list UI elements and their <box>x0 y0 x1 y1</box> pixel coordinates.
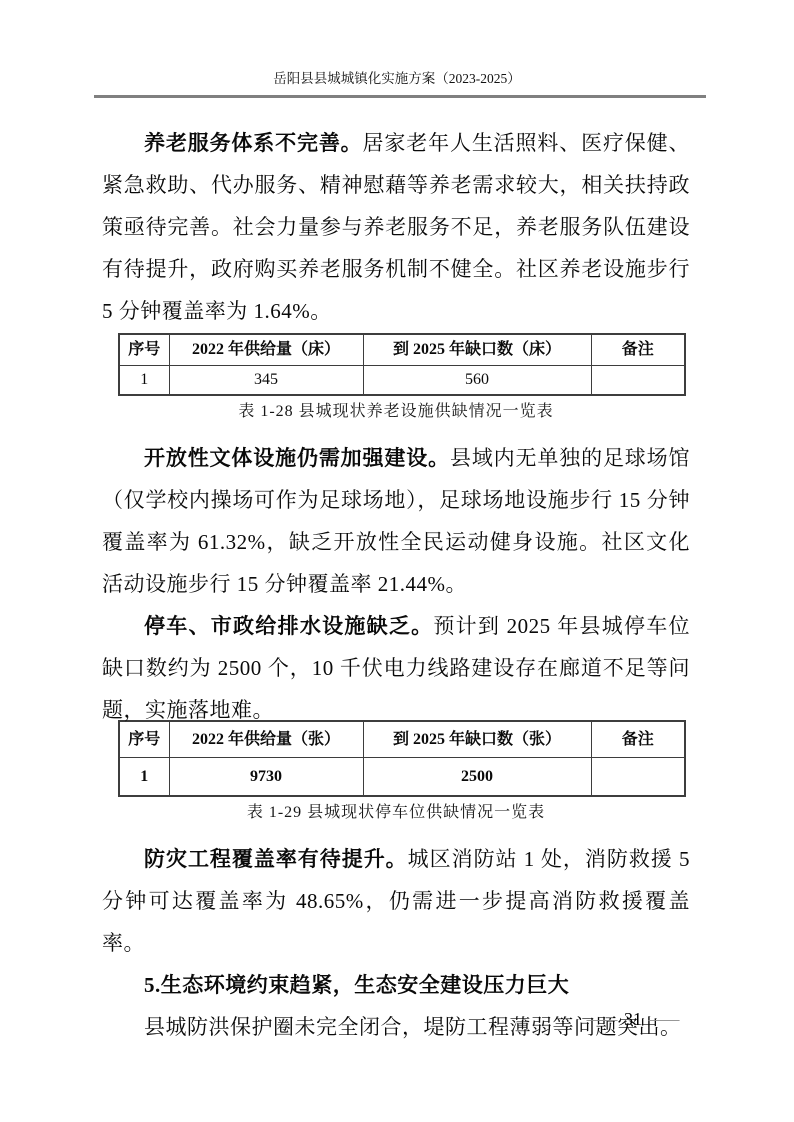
table-cell: 9730 <box>169 758 363 797</box>
elderly-care-supply-table: 序号 2022 年供给量（床） 到 2025 年缺口数（床） 备注 1 345 … <box>118 333 686 396</box>
paragraph-lead: 停车、市政给排水设施缺乏。 <box>144 614 433 638</box>
table-row: 1 345 560 <box>119 366 685 396</box>
document-page: 岳阳县县城城镇化实施方案（2023-2025） 养老服务体系不完善。居家老年人生… <box>0 0 794 1122</box>
section-heading-5: 5.生态环境约束趋紧，生态安全建设压力巨大 <box>102 964 690 1006</box>
table-header-row: 序号 2022 年供给量（床） 到 2025 年缺口数（床） 备注 <box>119 334 685 366</box>
page-footer: — 31 — <box>593 1007 673 1031</box>
paragraph-parking-utilities: 停车、市政给排水设施缺乏。预计到 2025 年县城停车位缺口数约为 2500 个… <box>102 605 690 731</box>
table-caption-1-29: 表 1-29 县城现状停车位供缺情况一览表 <box>102 802 690 824</box>
paragraph-lead: 开放性文体设施仍需加强建设。 <box>144 446 450 470</box>
table-cell <box>591 366 685 396</box>
table-header-cell: 到 2025 年缺口数（张） <box>363 721 591 758</box>
content-area: 养老服务体系不完善。居家老年人生活照料、医疗保健、紧急救助、代办服务、精神慰藉等… <box>102 122 690 1048</box>
table-cell: 560 <box>363 366 591 396</box>
running-header: 岳阳县县城城镇化实施方案（2023-2025） <box>0 70 794 88</box>
paragraph-lead: 防灾工程覆盖率有待提升。 <box>144 847 408 871</box>
running-header-title: 岳阳县县城城镇化实施方案（2023-2025） <box>273 71 521 86</box>
footer-dash-left: — <box>587 1007 618 1031</box>
paragraph-lead: 养老服务体系不完善。 <box>144 131 363 155</box>
table-header-cell: 2022 年供给量（床） <box>169 334 363 366</box>
table-header-cell: 序号 <box>119 334 169 366</box>
table-cell: 2500 <box>363 758 591 797</box>
table-cell: 1 <box>119 758 169 797</box>
paragraph-culture-sports: 开放性文体设施仍需加强建设。县域内无单独的足球场馆（仅学校内操场可作为足球场地）… <box>102 437 690 605</box>
table-caption-1-28: 表 1-28 县城现状养老设施供缺情况一览表 <box>102 401 690 423</box>
table-header-cell: 备注 <box>591 721 685 758</box>
paragraph-elderly-care: 养老服务体系不完善。居家老年人生活照料、医疗保健、紧急救助、代办服务、精神慰藉等… <box>102 122 690 332</box>
paragraph-disaster-prevention: 防灾工程覆盖率有待提升。城区消防站 1 处，消防救援 5 分钟可达覆盖率为 48… <box>102 838 690 964</box>
table-row: 1 9730 2500 <box>119 758 685 797</box>
header-rule <box>94 95 706 98</box>
table-cell: 1 <box>119 366 169 396</box>
page-number: 31 <box>624 1007 642 1031</box>
table-header-cell: 备注 <box>591 334 685 366</box>
table-cell: 345 <box>169 366 363 396</box>
table-cell <box>591 758 685 797</box>
footer-dash-right: — <box>649 1007 680 1031</box>
paragraph-body: 居家老年人生活照料、医疗保健、紧急救助、代办服务、精神慰藉等养老需求较大，相关扶… <box>102 131 690 323</box>
parking-supply-table: 序号 2022 年供给量（张） 到 2025 年缺口数（张） 备注 1 9730… <box>118 720 686 797</box>
table-header-cell: 到 2025 年缺口数（床） <box>363 334 591 366</box>
